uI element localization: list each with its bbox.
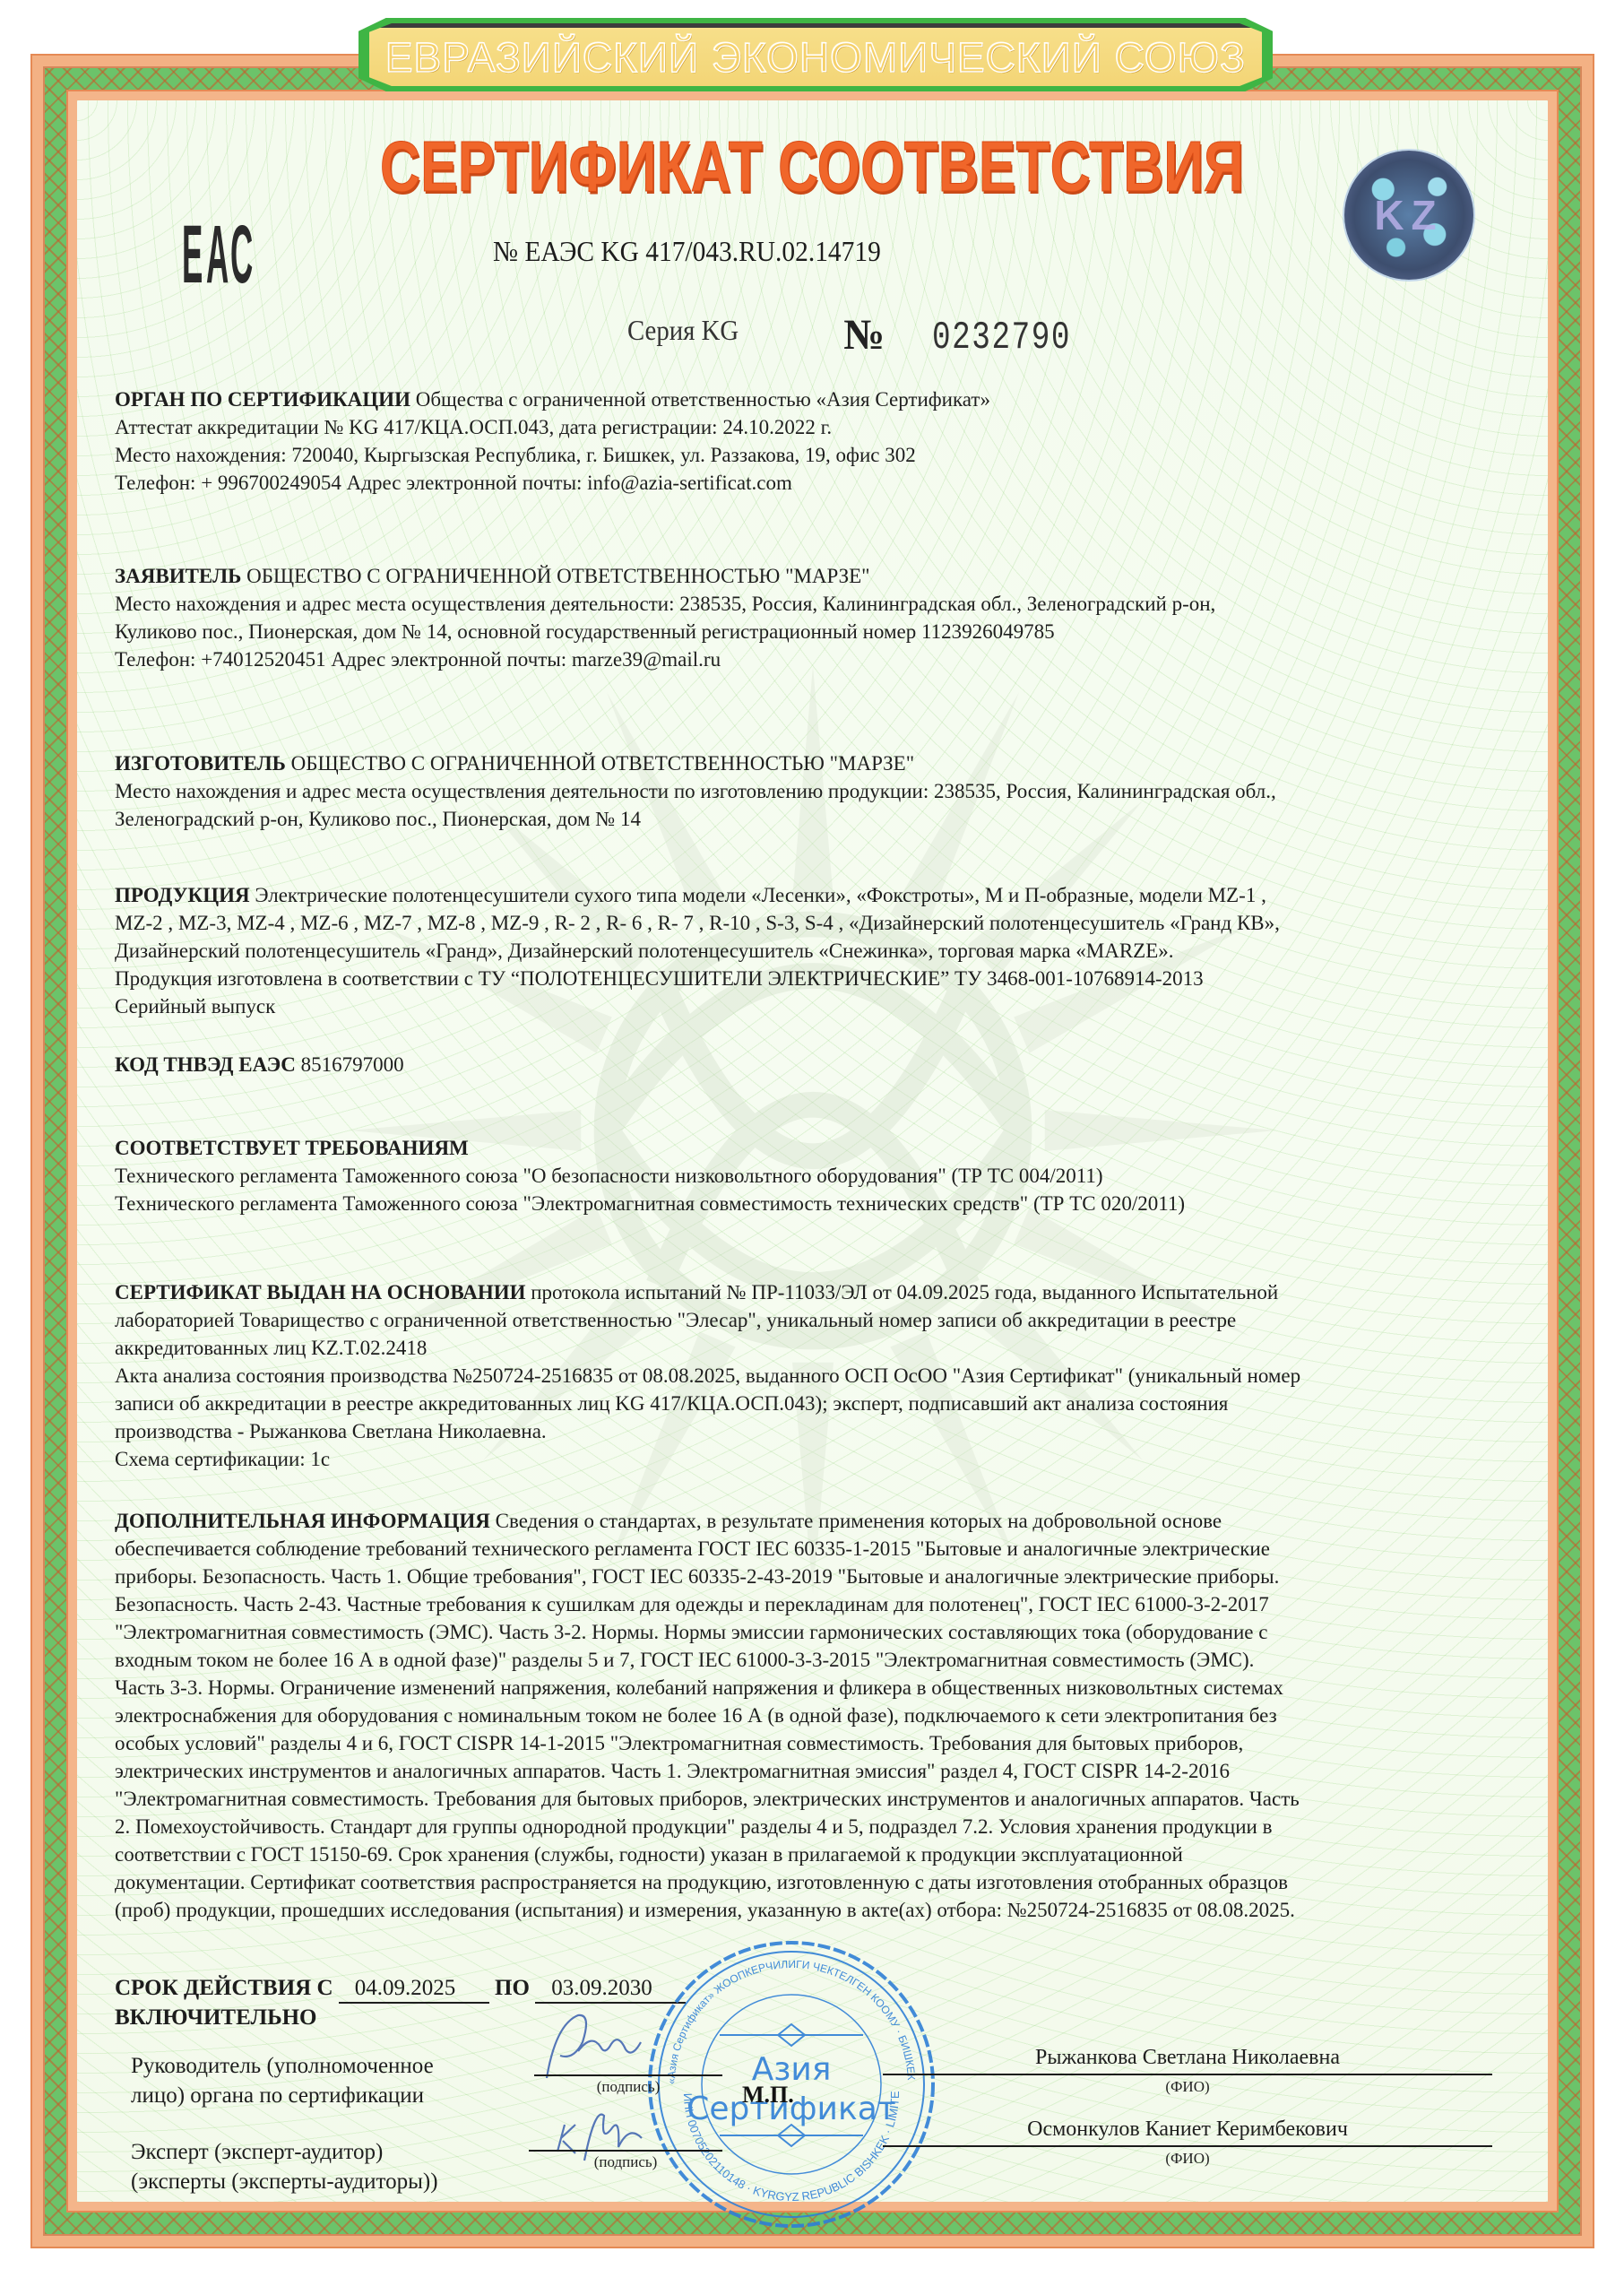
- section-label: КОД ТНВЭД ЕАЭС: [115, 1053, 296, 1076]
- section-label: ИЗГОТОВИТЕЛЬ: [115, 752, 286, 775]
- section-label: СЕРТИФИКАТ ВЫДАН НА ОСНОВАНИИ: [115, 1281, 526, 1303]
- head-full-name: Рыжанкова Светлана Николаевна: [883, 2046, 1492, 2070]
- certificate-title: СЕРТИФИКАТ СООТВЕТСТВИЯ: [178, 126, 1445, 208]
- address-line: Место нахождения и адрес места осуществл…: [115, 777, 1513, 805]
- info-line: (проб) продукции, прошедших исследования…: [115, 1896, 1513, 1924]
- info-line: входным током не более 16 А в одной фазе…: [115, 1646, 1513, 1674]
- basis-line: производства - Рыжанкова Светлана Никола…: [115, 1417, 1513, 1445]
- head-signature-line: [534, 2074, 722, 2076]
- validity-date-from: 04.09.2025: [339, 1974, 489, 2004]
- basis-line: Схема сертификации: 1с: [115, 1445, 1513, 1473]
- info-line: особых условий" разделы 4 и 6, ГОСТ CISP…: [115, 1729, 1513, 1757]
- section-additional-info: ДОПОЛНИТЕЛЬНАЯ ИНФОРМАЦИЯ Сведения о ста…: [115, 1507, 1513, 1924]
- basis-line: аккредитованных лиц KZ.T.02.2418: [115, 1334, 1513, 1362]
- info-line: соответствии с ГОСТ 15150-69. Срок хране…: [115, 1840, 1513, 1868]
- applicant-name: ОБЩЕСТВО С ОГРАНИЧЕННОЙ ОТВЕТСТВЕННОСТЬЮ…: [246, 565, 869, 587]
- expert-role: Эксперт (эксперт-аудитор) (эксперты (экс…: [131, 2137, 438, 2196]
- product-line: Серийный выпуск: [115, 992, 1513, 1020]
- address-line: Место нахождения и адрес места осуществл…: [115, 590, 1513, 618]
- section-basis: СЕРТИФИКАТ ВЫДАН НА ОСНОВАНИИ протокола …: [115, 1278, 1513, 1473]
- section-tnved: КОД ТНВЭД ЕАЭС 8516797000: [115, 1051, 1513, 1078]
- info-line: документации. Сертификат соответствия ра…: [115, 1868, 1513, 1896]
- expert-role-line2: (эксперты (эксперты-аудиторы)): [131, 2167, 438, 2196]
- contact-line: Телефон: +74012520451 Адрес электронной …: [115, 645, 1513, 673]
- info-line: "Электромагнитная совместимость (ЭМС). Ч…: [115, 1618, 1513, 1646]
- manufacturer-name: ОБЩЕСТВО С ОГРАНИЧЕННОЙ ОТВЕТСТВЕННОСТЬЮ…: [291, 752, 914, 775]
- validity-label-from: СРОК ДЕЙСТВИЯ С: [115, 1976, 333, 2000]
- hologram-text: KZ: [1374, 191, 1443, 239]
- address-line: Место нахождения: 720040, Кыргызская Рес…: [115, 441, 1513, 469]
- basis-line: записи об аккредитации в реестре аккреди…: [115, 1390, 1513, 1417]
- expert-full-name: Осмонкулов Каниет Керимбекович: [883, 2117, 1492, 2142]
- address-line: Зеленоградский р-он, Куликово пос., Пион…: [115, 805, 1513, 833]
- section-manufacturer: ИЗГОТОВИТЕЛЬ ОБЩЕСТВО С ОГРАНИЧЕННОЙ ОТВ…: [115, 749, 1513, 833]
- product-line: Дизайнерский полотенцесушитель «Гранд», …: [115, 937, 1513, 965]
- product-line: Продукция изготовлена в соответствии с Т…: [115, 965, 1513, 992]
- eaeu-banner: ЕВРАЗИЙСКИЙ ЭКОНОМИЧЕСКИЙ СОЮЗ: [358, 18, 1273, 91]
- expert-role-line1: Эксперт (эксперт-аудитор): [131, 2137, 438, 2167]
- eac-letter: A: [206, 213, 213, 296]
- accreditation-line: Аттестат аккредитации № KG 417/КЦА.ОСП.0…: [115, 413, 1513, 441]
- expert-signature-caption: (подпись): [529, 2153, 722, 2171]
- basis-text: протокола испытаний № ПР-11033/ЭЛ от 04.…: [531, 1281, 1278, 1303]
- section-label: СООТВЕТСТВУЕТ ТРЕБОВАНИЯМ: [115, 1134, 1513, 1162]
- banner-text: ЕВРАЗИЙСКИЙ ЭКОНОМИЧЕСКИЙ СОЮЗ: [385, 33, 1246, 82]
- head-role-line2: лицо) органа по сертификации: [131, 2081, 434, 2110]
- expert-signature-line: [529, 2150, 722, 2152]
- basis-line: Акта анализа состояния производства №250…: [115, 1362, 1513, 1390]
- certification-body-name: Общества с ограниченной ответственностью…: [416, 388, 990, 411]
- section-requirements: СООТВЕТСТВУЕТ ТРЕБОВАНИЯМ Технического р…: [115, 1134, 1513, 1217]
- head-signature-caption: (подпись): [534, 2078, 722, 2096]
- series-label: Серия KG: [627, 314, 739, 347]
- eac-logo-icon: E A C: [182, 213, 250, 296]
- info-line: "Электромагнитная совместимость. Требова…: [115, 1785, 1513, 1813]
- section-product: ПРОДУКЦИЯ Электрические полотенцесушител…: [115, 881, 1513, 1020]
- info-line: Безопасность. Часть 2-43. Частные требов…: [115, 1590, 1513, 1618]
- basis-line: лабораторией Товарищество с ограниченной…: [115, 1306, 1513, 1334]
- product-text: Электрические полотенцесушители сухого т…: [255, 884, 1266, 906]
- section-label: ДОПОЛНИТЕЛЬНАЯ ИНФОРМАЦИЯ: [115, 1510, 490, 1532]
- additional-info-text: Сведения о стандартах, в результате прим…: [496, 1510, 1222, 1532]
- validity-label-to: ПО: [495, 1976, 530, 2000]
- section-label: ЗАЯВИТЕЛЬ: [115, 565, 241, 587]
- head-name-caption: (ФИО): [883, 2078, 1492, 2096]
- head-role: Руководитель (уполномоченное лицо) орган…: [131, 2051, 434, 2110]
- section-certification-body: ОРГАН ПО СЕРТИФИКАЦИИ Общества с огранич…: [115, 385, 1513, 497]
- info-line: электрических инструментов и аналогичных…: [115, 1757, 1513, 1785]
- numero-sign: №: [843, 310, 885, 359]
- contact-line: Телефон: + 996700249054 Адрес электронно…: [115, 469, 1513, 497]
- head-role-line1: Руководитель (уполномоченное: [131, 2051, 434, 2081]
- blank-number: 0232790: [932, 316, 1071, 360]
- seal-mark: М.П.: [742, 2082, 794, 2109]
- hologram-seal-icon: KZ: [1344, 151, 1473, 280]
- certificate-number: № ЕАЭС KG 417/043.RU.02.14719: [493, 235, 881, 268]
- section-applicant: ЗАЯВИТЕЛЬ ОБЩЕСТВО С ОГРАНИЧЕННОЙ ОТВЕТС…: [115, 562, 1513, 673]
- address-line: Куликово пос., Пионерская, дом № 14, осн…: [115, 618, 1513, 645]
- info-line: приборы. Безопасность. Часть 1. Общие тр…: [115, 1563, 1513, 1590]
- requirement-line: Технического регламента Таможенного союз…: [115, 1162, 1513, 1190]
- head-name-line: [883, 2074, 1492, 2075]
- info-line: электроснабжения для оборудования с номи…: [115, 1702, 1513, 1729]
- requirement-line: Технического регламента Таможенного союз…: [115, 1190, 1513, 1217]
- expert-name-caption: (ФИО): [883, 2150, 1492, 2168]
- expert-name-line: [883, 2145, 1492, 2147]
- eac-letter: C: [230, 213, 238, 296]
- info-line: Часть 3-3. Нормы. Ограничение изменений …: [115, 1674, 1513, 1702]
- info-line: обеспечивается соблюдение требований тех…: [115, 1535, 1513, 1563]
- info-line: 2. Помехоустойчивость. Стандарт для груп…: [115, 1813, 1513, 1840]
- eac-letter: E: [182, 213, 189, 296]
- tnved-code: 8516797000: [301, 1053, 404, 1076]
- product-line: MZ-2 , MZ-3, MZ-4 , MZ-6 , MZ-7 , MZ-8 ,…: [115, 909, 1513, 937]
- section-label: ПРОДУКЦИЯ: [115, 884, 250, 906]
- section-label: ОРГАН ПО СЕРТИФИКАЦИИ: [115, 388, 410, 411]
